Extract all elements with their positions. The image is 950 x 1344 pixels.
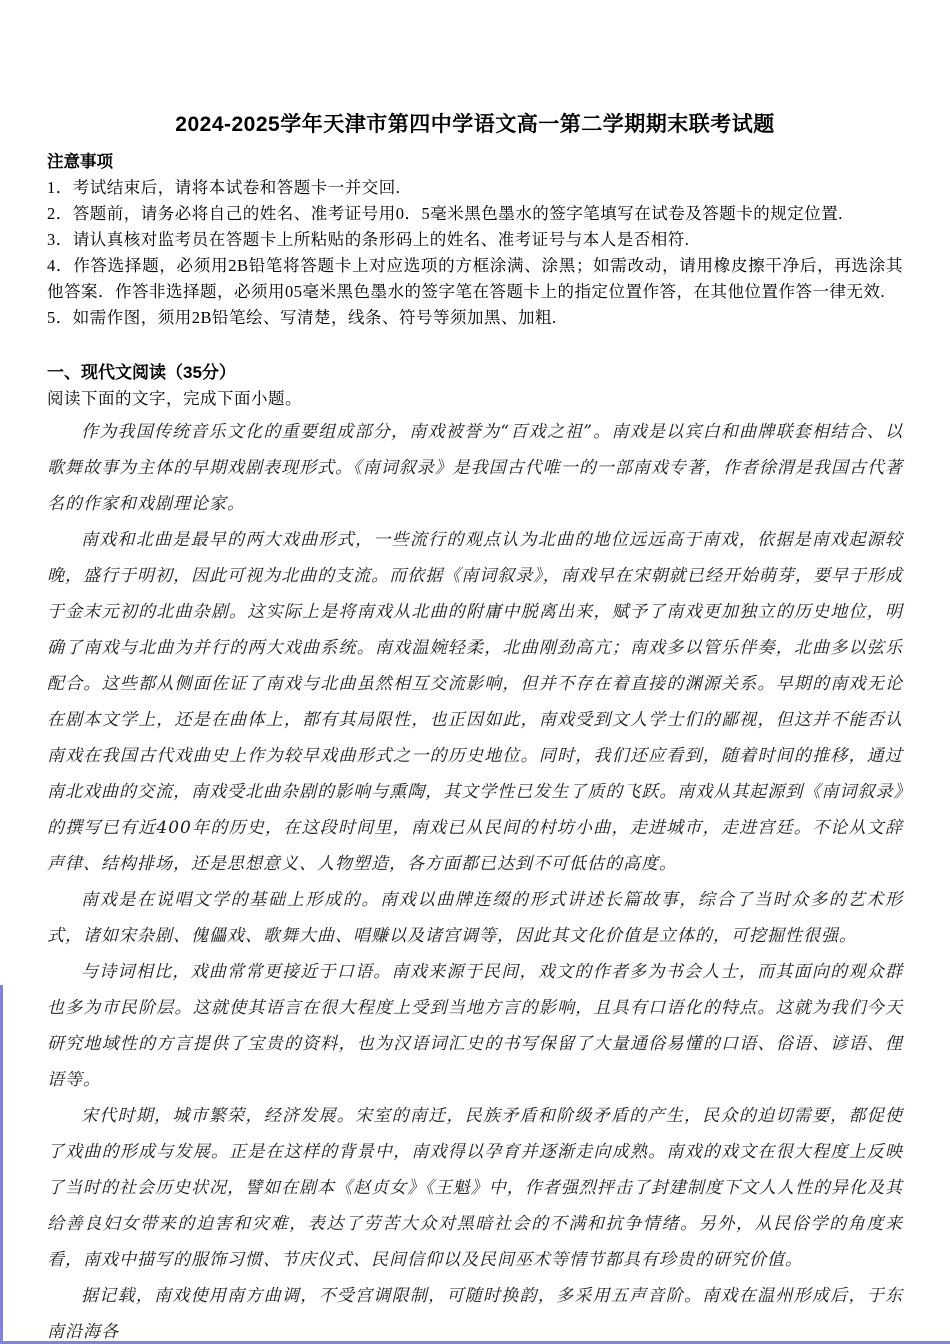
passage-paragraph: 南戏是在说唱文学的基础上形成的。南戏以曲牌连缀的形式讲述长篇故事，综合了当时众多…	[47, 882, 903, 954]
notice-item: 4．作答选择题，必须用2B铅笔将答题卡上对应选项的方框涂满、涂黑；如需改动，请用…	[47, 253, 903, 305]
page-title: 2024-2025学年天津市第四中学语文高一第二学期期末联考试题	[47, 0, 903, 140]
passage-paragraph: 南戏和北曲是最早的两大戏曲形式，一些流行的观点认为北曲的地位远远高于南戏，依据是…	[47, 522, 903, 882]
exam-paper-page: 2024-2025学年天津市第四中学语文高一第二学期期末联考试题 注意事项 1．…	[0, 0, 950, 1344]
notice-item: 1．考试结束后，请将本试卷和答题卡一并交回.	[47, 175, 903, 201]
passage-paragraph: 宋代时期，城市繁荣，经济发展。宋室的南迁，民族矛盾和阶级矛盾的产生，民众的迫切需…	[47, 1098, 903, 1278]
notice-item: 3．请认真核对监考员在答题卡上所粘贴的条形码上的姓名、准考证号与本人是否相符.	[47, 227, 903, 253]
passage-paragraph: 作为我国传统音乐文化的重要组成部分，南戏被誉为“百戏之祖”。南戏是以宾白和曲牌联…	[47, 414, 903, 522]
section-heading-modern-reading: 一、现代文阅读（35分）	[47, 360, 903, 386]
notice-list: 1．考试结束后，请将本试卷和答题卡一并交回. 2．答题前，请务必将自己的姓名、准…	[47, 175, 903, 331]
notice-heading: 注意事项	[47, 149, 903, 175]
passage-paragraph: 与诗词相比，戏曲常常更接近于口语。南戏来源于民间，戏文的作者多为书会人士，而其面…	[47, 954, 903, 1098]
page-border-left	[0, 985, 3, 1344]
reading-passage: 作为我国传统音乐文化的重要组成部分，南戏被誉为“百戏之祖”。南戏是以宾白和曲牌联…	[47, 414, 903, 1344]
notice-item: 5．如需作图，须用2B铅笔绘、写清楚，线条、符号等须加黑、加粗.	[47, 305, 903, 331]
reading-instruction: 阅读下面的文字，完成下面小题。	[47, 386, 903, 412]
passage-paragraph: 据记载，南戏使用南方曲调，不受宫调限制，可随时换韵，多采用五声音阶。南戏在温州形…	[47, 1278, 903, 1344]
notice-item: 2．答题前，请务必将自己的姓名、准考证号用0．5毫米黑色墨水的签字笔填写在试卷及…	[47, 201, 903, 227]
